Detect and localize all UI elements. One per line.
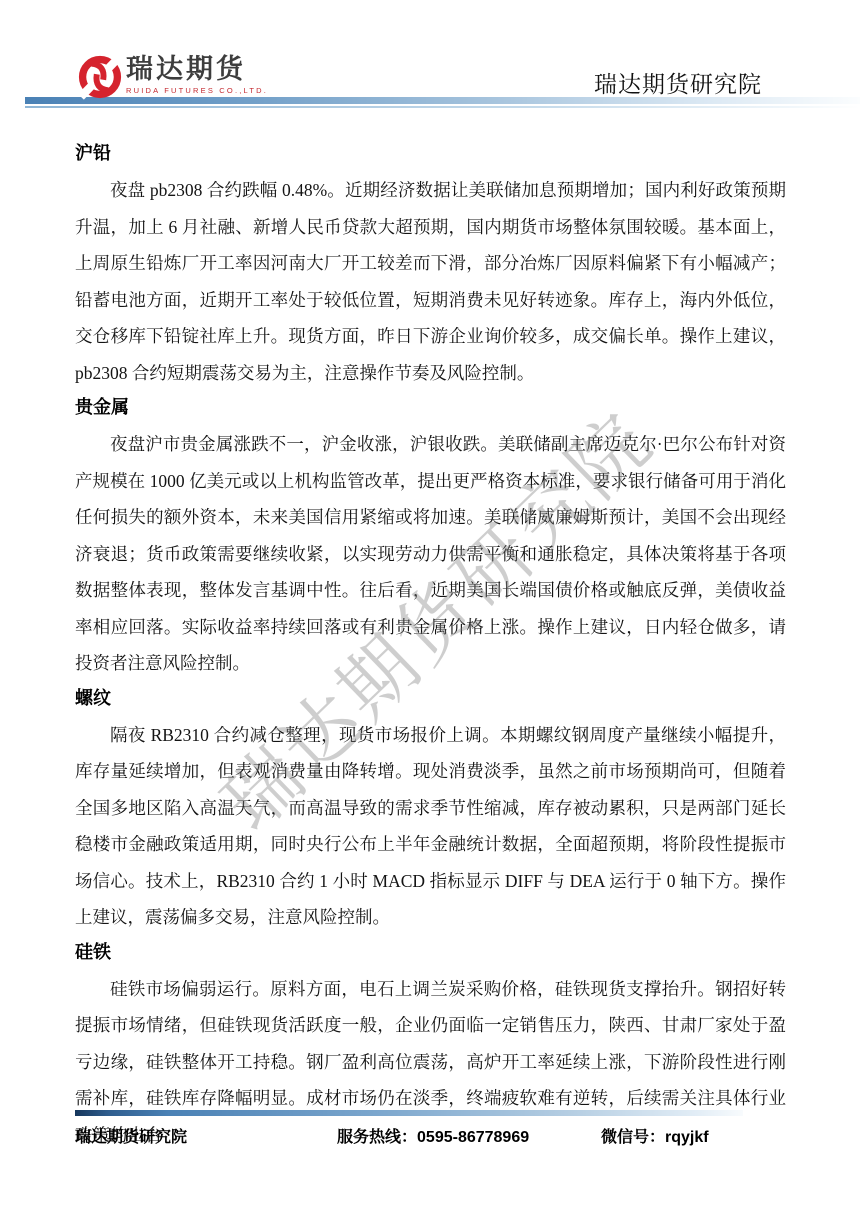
section-gui-tie: 硅铁 硅铁市场偏弱运行。原料方面，电石上调兰炭采购价格，硅铁现货支撑抬升。钢招好…: [75, 940, 786, 1154]
section-luo-wen: 螺纹 隔夜 RB2310 合约减仓整理，现货市场报价上调。本期螺纹钢周度产量继续…: [75, 686, 786, 936]
section-heading: 硅铁: [75, 940, 786, 964]
logo-text-block: 瑞达期货 RUIDA FUTURES CO.,LTD.: [126, 54, 268, 95]
section-paragraph: 夜盘沪市贵金属涨跌不一，沪金收涨，沪银收跌。美联储副主席迈克尔·巴尔公布针对资产…: [75, 426, 786, 682]
footer-divider-bar: [75, 1110, 743, 1116]
footer-wechat-label: 微信号：: [601, 1129, 665, 1146]
footer-wechat-id: rqyjkf: [665, 1129, 709, 1146]
header-divider-line: [25, 106, 860, 108]
logo-company-subtitle: RUIDA FUTURES CO.,LTD.: [126, 86, 268, 95]
section-heading: 沪铅: [75, 141, 786, 165]
footer: 瑞达期货研究院 服务热线：0595-86778969 微信号：rqyjkf: [0, 1126, 860, 1150]
footer-hotline: 服务热线：0595-86778969: [337, 1126, 529, 1150]
company-logo: 瑞达期货 RUIDA FUTURES CO.,LTD.: [78, 54, 268, 100]
section-paragraph: 隔夜 RB2310 合约减仓整理，现货市场报价上调。本期螺纹钢周度产量继续小幅提…: [75, 717, 786, 936]
section-paragraph: 夜盘 pb2308 合约跌幅 0.48%。近期经济数据让美联储加息预期增加；国内…: [75, 172, 786, 391]
logo-company-name: 瑞达期货: [126, 54, 268, 84]
footer-hotline-label: 服务热线：: [337, 1129, 417, 1146]
section-heading: 贵金属: [75, 395, 786, 419]
section-hu-qian: 沪铅 夜盘 pb2308 合约跌幅 0.48%。近期经济数据让美联储加息预期增加…: [75, 141, 786, 391]
ruida-logo-icon: [78, 54, 122, 100]
section-heading: 螺纹: [75, 686, 786, 710]
section-gui-jin-shu: 贵金属 夜盘沪市贵金属涨跌不一，沪金收涨，沪银收跌。美联储副主席迈克尔·巴尔公布…: [75, 395, 786, 682]
footer-hotline-number: 0595-86778969: [417, 1129, 529, 1146]
footer-institute: 瑞达期货研究院: [75, 1126, 187, 1150]
footer-wechat: 微信号：rqyjkf: [601, 1126, 709, 1150]
document-header-title: 瑞达期货研究院: [594, 71, 762, 98]
report-body: 沪铅 夜盘 pb2308 合约跌幅 0.48%。近期经济数据让美联储加息预期增加…: [75, 141, 786, 1157]
